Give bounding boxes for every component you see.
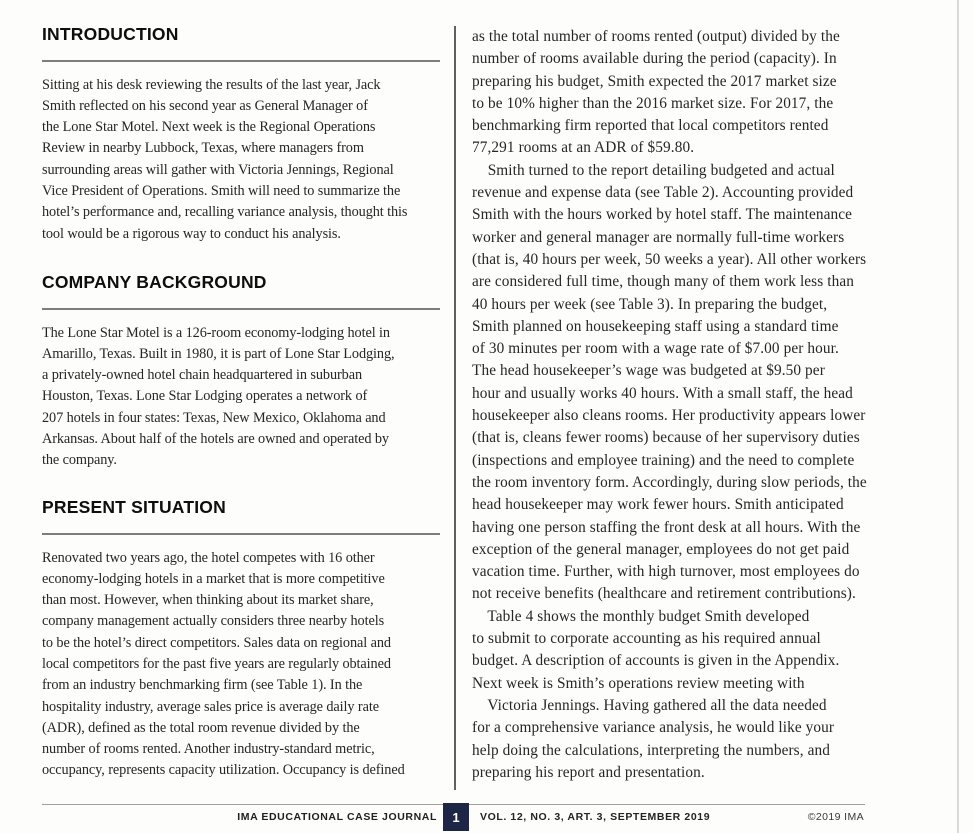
text-line: Houston, Texas. Lone Star Lodging operat… — [42, 386, 440, 407]
paragraph-monthly-budget: Table 4 shows the monthly budget Smith d… — [472, 606, 942, 784]
text-line: of 30 minutes per room with a wage rate … — [472, 338, 942, 360]
text-line: to submit to corporate accounting as his… — [472, 628, 942, 650]
section-heading-company-background: COMPANY BACKGROUND — [42, 272, 440, 292]
text-line: 40 hours per week (see Table 3). In prep… — [472, 294, 942, 316]
text-line: head housekeeper may work fewer hours. S… — [472, 494, 942, 516]
text-line: Smith with the hours worked by hotel sta… — [472, 204, 942, 226]
text-line: hotel’s performance and, recalling varia… — [42, 202, 440, 223]
text-line: 77,291 rooms at an ADR of $59.80. — [472, 137, 942, 159]
text-line: help doing the calculations, interpretin… — [472, 740, 942, 762]
text-line: (that is, 40 hours per week, 50 weeks a … — [472, 249, 942, 271]
section-heading-introduction: INTRODUCTION — [42, 24, 440, 44]
text-line: a privately-owned hotel chain headquarte… — [42, 365, 440, 386]
text-line: Victoria Jennings. Having gathered all t… — [472, 695, 942, 717]
heading-rule — [42, 308, 440, 310]
section-present-situation: PRESENT SITUATION Renovated two years ag… — [42, 497, 440, 782]
heading-rule — [42, 60, 440, 62]
text-line: preparing his report and presentation. — [472, 762, 942, 784]
footer-copyright: ©2019 IMA — [42, 811, 864, 823]
text-line: not receive benefits (healthcare and ret… — [472, 583, 942, 605]
text-line: are considered full time, though many of… — [472, 271, 942, 293]
text-line: Sitting at his desk reviewing the result… — [42, 75, 440, 96]
text-line: The Lone Star Motel is a 126-room econom… — [42, 323, 440, 344]
section-heading-present-situation: PRESENT SITUATION — [42, 497, 440, 517]
page-edge-line — [957, 0, 959, 833]
text-line: Next week is Smith’s operations review m… — [472, 673, 942, 695]
text-line: Smith planned on housekeeping staff usin… — [472, 316, 942, 338]
paragraph-present-situation: Renovated two years ago, the hotel compe… — [42, 548, 440, 782]
right-column: as the total number of rooms rented (out… — [472, 26, 942, 784]
text-line: (inspections and employee training) and … — [472, 450, 942, 472]
text-line: (ADR), defined as the total room revenue… — [42, 718, 440, 739]
text-line: The head housekeeper’s wage was budgeted… — [472, 360, 942, 382]
text-line: surrounding areas will gather with Victo… — [42, 160, 440, 181]
heading-rule — [42, 533, 440, 535]
section-company-background: COMPANY BACKGROUND The Lone Star Motel i… — [42, 272, 440, 472]
text-line: Review in nearby Lubbock, Texas, where m… — [42, 138, 440, 159]
text-line: Arkansas. About half of the hotels are o… — [42, 429, 440, 450]
text-line: economy-lodging hotels in a market that … — [42, 569, 440, 590]
text-line: occupancy, represents capacity utilizati… — [42, 760, 440, 781]
paragraph-introduction: Sitting at his desk reviewing the result… — [42, 75, 440, 245]
text-line: as the total number of rooms rented (out… — [472, 26, 942, 48]
text-line: local competitors for the past five year… — [42, 654, 440, 675]
text-line: 207 hotels in four states: Texas, New Me… — [42, 408, 440, 429]
text-line: hour and usually works 40 hours. With a … — [472, 383, 942, 405]
text-line: to be 10% higher than the 2016 market si… — [472, 93, 942, 115]
text-line: the Lone Star Motel. Next week is the Re… — [42, 117, 440, 138]
section-introduction: INTRODUCTION Sitting at his desk reviewi… — [42, 24, 440, 245]
text-line: (that is, cleans fewer rooms) because of… — [472, 427, 942, 449]
text-line: budget. A description of accounts is giv… — [472, 650, 942, 672]
text-line: Smith reflected on his second year as Ge… — [42, 96, 440, 117]
text-line: revenue and expense data (see Table 2). … — [472, 182, 942, 204]
text-line: than most. However, when thinking about … — [42, 590, 440, 611]
paragraph-occupancy-continued: as the total number of rooms rented (out… — [472, 26, 942, 160]
text-line: number of rooms rented. Another industry… — [42, 739, 440, 760]
text-line: Vice President of Operations. Smith will… — [42, 181, 440, 202]
paragraph-company-background: The Lone Star Motel is a 126-room econom… — [42, 323, 440, 472]
text-line: housekeeper also cleans rooms. Her produ… — [472, 405, 942, 427]
text-line: worker and general manager are normally … — [472, 227, 942, 249]
text-line: the company. — [42, 450, 440, 471]
text-line: tool would be a rigorous way to conduct … — [42, 224, 440, 245]
text-line: company management actually considers th… — [42, 611, 440, 632]
text-line: vacation time. Further, with high turnov… — [472, 561, 942, 583]
text-line: to be the hotel’s direct competitors. Sa… — [42, 633, 440, 654]
text-line: for a comprehensive variance analysis, h… — [472, 717, 942, 739]
column-divider — [454, 26, 456, 790]
text-line: preparing his budget, Smith expected the… — [472, 71, 942, 93]
text-line: number of rooms available during the per… — [472, 48, 942, 70]
paragraph-budget-report: Smith turned to the report detailing bud… — [472, 160, 942, 606]
text-line: the room inventory form. Accordingly, du… — [472, 472, 942, 494]
text-line: from an industry benchmarking firm (see … — [42, 675, 440, 696]
text-line: having one person staffing the front des… — [472, 517, 942, 539]
document-page: INTRODUCTION Sitting at his desk reviewi… — [0, 0, 973, 833]
text-line: hospitality industry, average sales pric… — [42, 697, 440, 718]
text-line: benchmarking firm reported that local co… — [472, 115, 942, 137]
text-line: exception of the general manager, employ… — [472, 539, 942, 561]
text-line: Table 4 shows the monthly budget Smith d… — [472, 606, 942, 628]
text-line: Smith turned to the report detailing bud… — [472, 160, 942, 182]
text-line: Renovated two years ago, the hotel compe… — [42, 548, 440, 569]
text-line: Amarillo, Texas. Built in 1980, it is pa… — [42, 344, 440, 365]
